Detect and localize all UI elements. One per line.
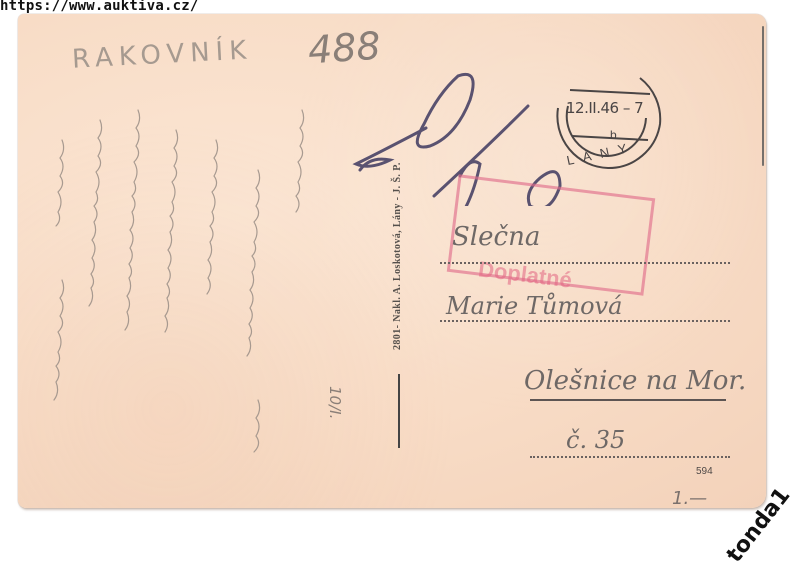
pencil-price: 1.—	[672, 488, 707, 509]
address-line-4: č. 35	[566, 426, 625, 454]
address-line-2: Marie Tůmová	[446, 292, 622, 320]
series-number: 594	[696, 466, 713, 477]
postmark-sub-code: b	[610, 128, 617, 142]
address-dotted-line	[530, 456, 730, 458]
publisher-imprint: 2801- Nakl. A. Loskotová, Lány - J. Š. P…	[392, 162, 403, 350]
address-line-1: Slečna	[452, 222, 540, 252]
address-dotted-line	[440, 320, 730, 322]
address-line-3: Olešnice na Mor.	[524, 366, 746, 396]
postmark-date: 12.II.46 – 7	[566, 99, 643, 117]
handwritten-message	[40, 100, 370, 480]
card-edge-shadow	[762, 26, 764, 166]
center-divider-line	[398, 374, 400, 448]
pencil-vertical-date: 10/I.	[326, 386, 344, 419]
source-url-watermark: https://www.auktiva.cz/	[0, 0, 198, 14]
address-dotted-line	[440, 262, 730, 264]
address-underline	[530, 399, 726, 401]
